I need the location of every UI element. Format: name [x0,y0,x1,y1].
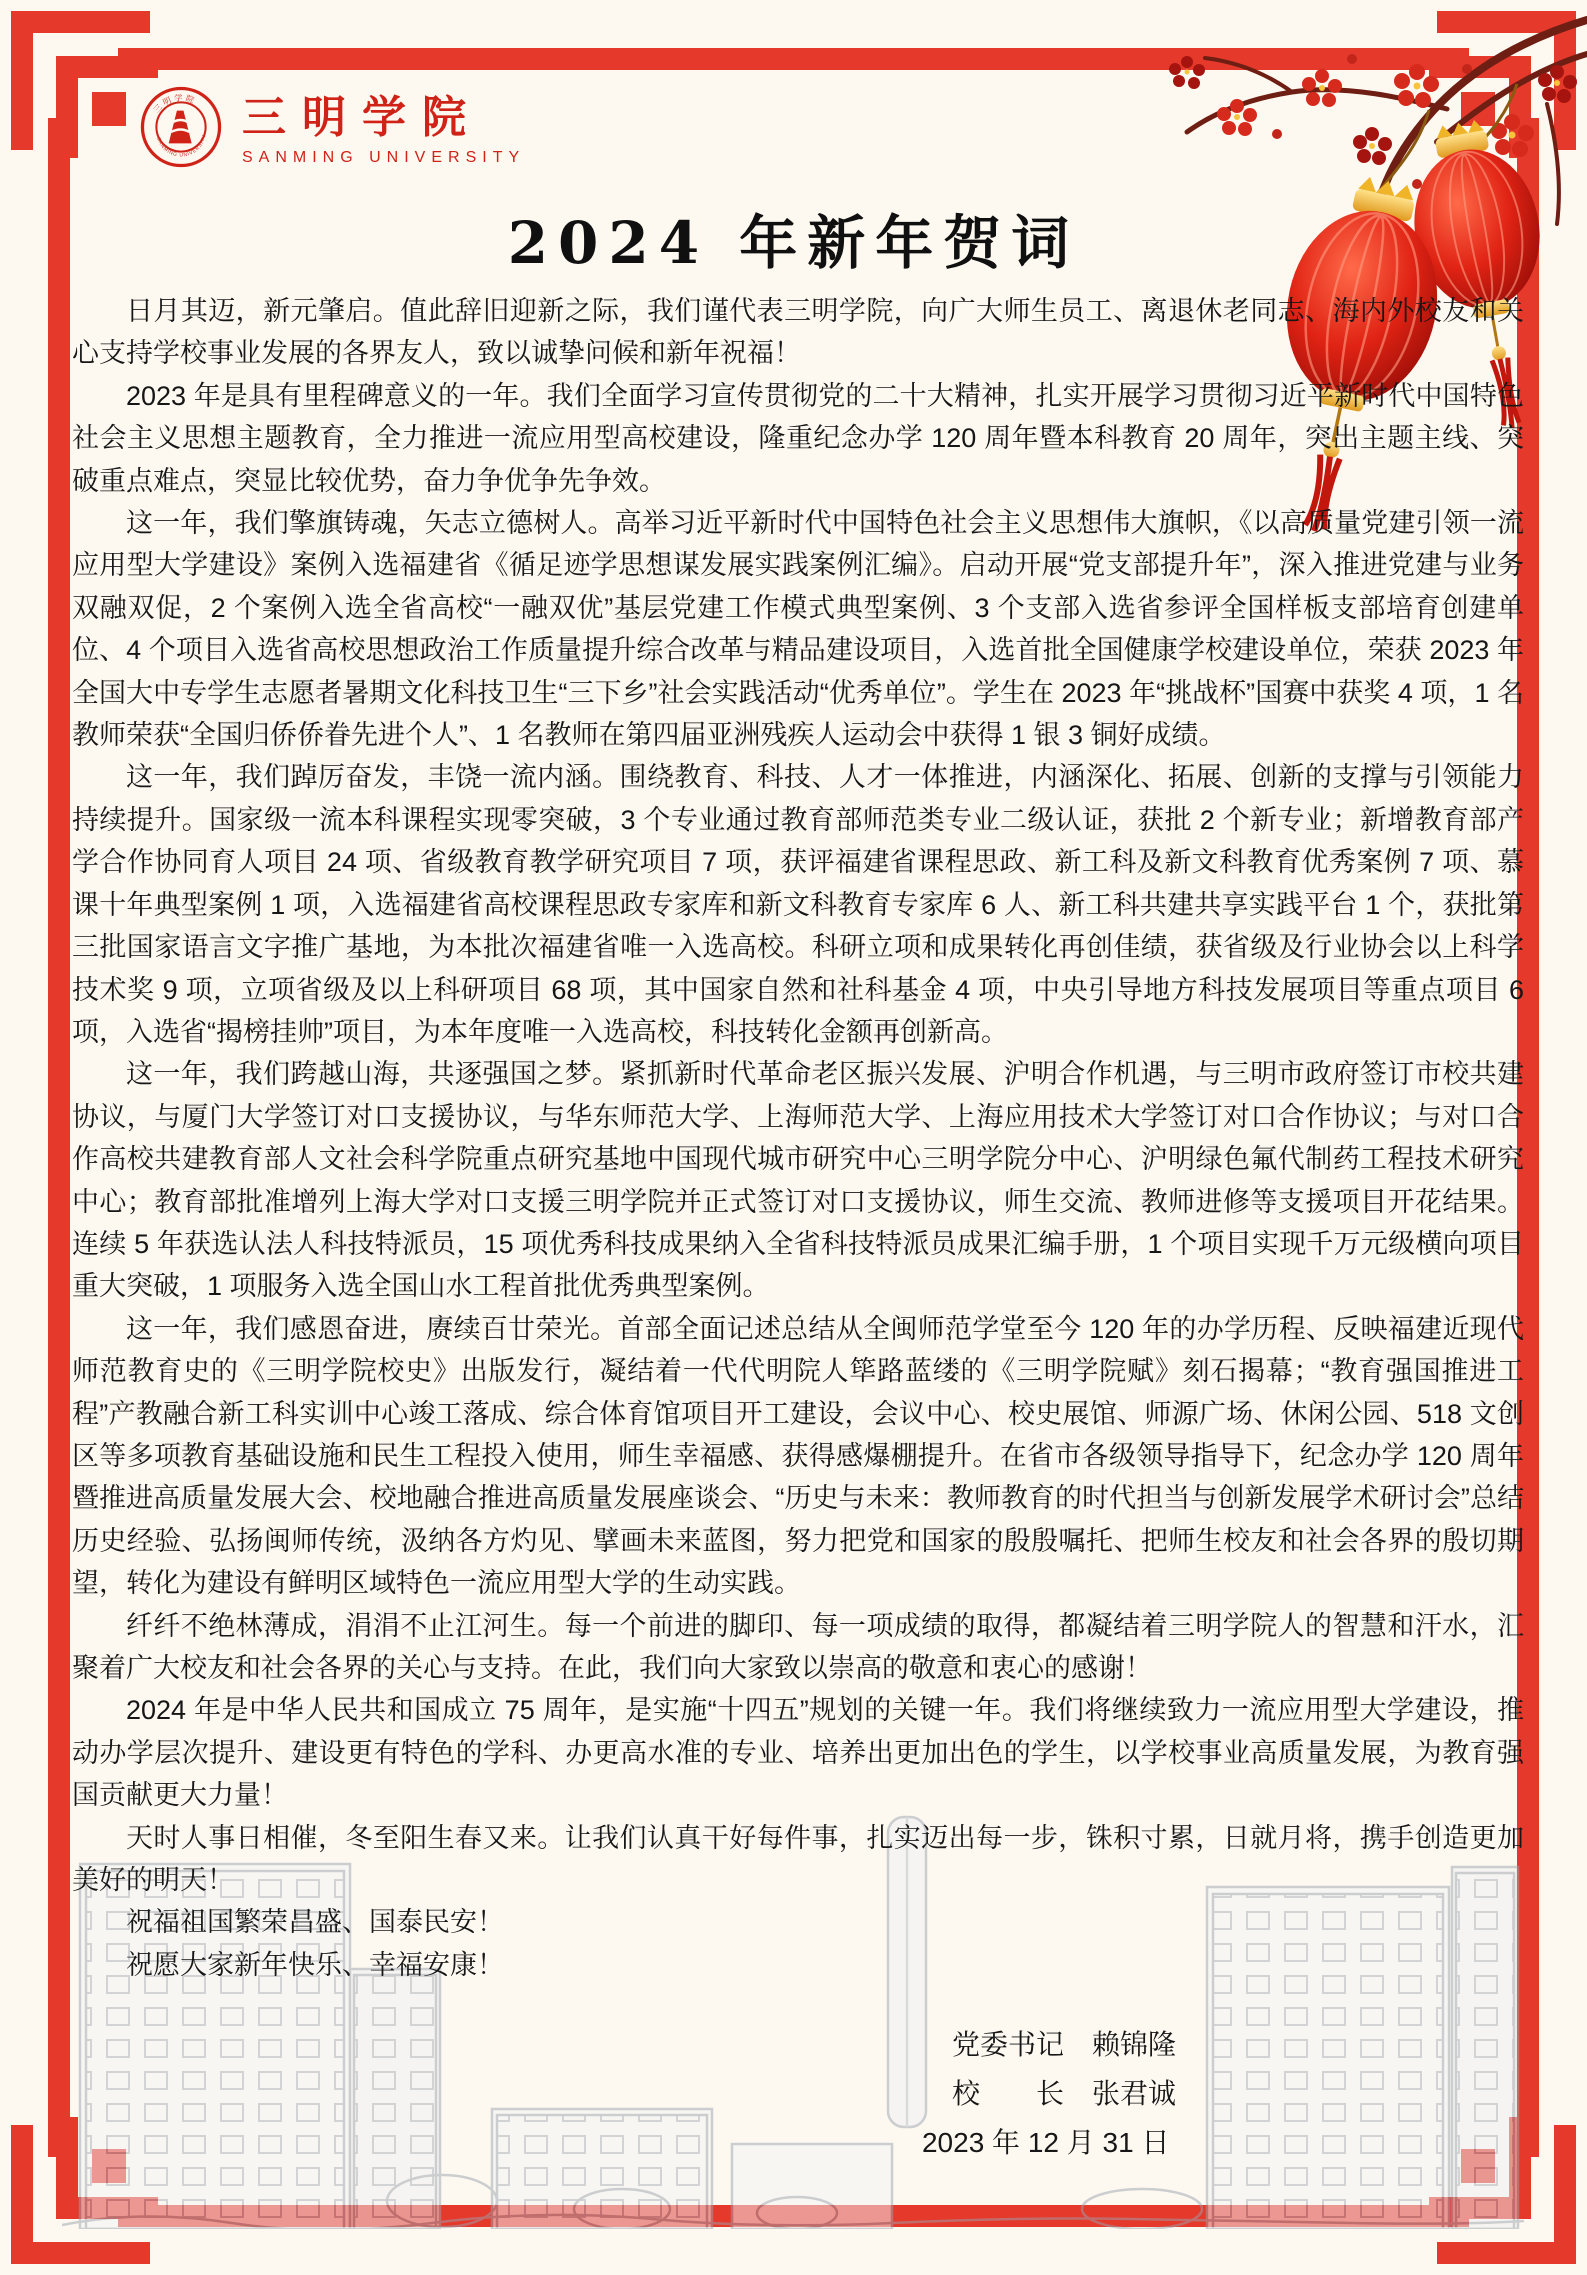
wish-line: 祝福祖国繁荣昌盛、国泰民安！ [72,1901,1524,1943]
paragraph: 这一年，我们感恩奋进，赓续百廿荣光。首部全面记述总结从全闽师范学堂至今 120 … [72,1308,1524,1605]
signature-block: 党委书记 赖锦隆 校 长 张君诚 2023 年 12 月 31 日 [952,2020,1176,2167]
paragraph: 这一年，我们跨越山海，共逐强国之梦。紧抓新时代革命老区振兴发展、沪明合作机遇，与… [72,1053,1524,1307]
university-seal-icon: 三明学院 SANMING UNIVERSITY [140,86,222,168]
signature-secretary: 党委书记 赖锦隆 [952,2020,1176,2069]
frame-corner-ornament-icon [8,8,158,158]
paragraph: 天时人事日相催，冬至阳生春又来。让我们认真干好每件事，扎实迈出每一步，铢积寸累，… [72,1817,1524,1902]
paragraph: 日月其迈，新元肇启。值此辞旧迎新之际，我们谨代表三明学院，向广大师生员工、离退休… [72,290,1524,375]
paragraph: 2024 年是中华人民共和国成立 75 周年，是实施“十四五”规划的关键一年。我… [72,1689,1524,1816]
wish-line: 祝愿大家新年快乐、幸福安康！ [72,1944,1524,1986]
university-name-en: SANMING UNIVERSITY [242,149,525,167]
paragraph: 纤纤不绝林薄成，涓涓不止江河生。每一个前进的脚印、每一项成绩的取得，都凝结着三明… [72,1605,1524,1690]
paragraph: 2023 年是具有里程碑意义的一年。我们全面学习宣传贯彻党的二十大精神，扎实开展… [72,375,1524,502]
paragraph: 这一年，我们擎旗铸魂，矢志立德树人。高举习近平新时代中国特色社会主义思想伟大旗帜… [72,502,1524,756]
new-year-greeting-page: 三明学院 SANMING UNIVERSITY 三明学院 SANMING UNI… [0,0,1587,2275]
university-name-zh: 三明学院 [242,96,525,140]
paragraph: 这一年，我们踔厉奋发，丰饶一流内涵。围绕教育、科技、人才一体推进，内涵深化、拓展… [72,756,1524,1053]
page-title: 2024 年新年贺词 [0,196,1587,280]
greeting-body: 日月其迈，新元肇启。值此辞旧迎新之际，我们谨代表三明学院，向广大师生员工、离退休… [72,290,1524,2167]
signature-date: 2023 年 12 月 31 日 [922,2118,1176,2167]
university-logo: 三明学院 SANMING UNIVERSITY 三明学院 SANMING UNI… [140,86,525,168]
signature-president: 校 长 张君诚 [952,2069,1176,2118]
